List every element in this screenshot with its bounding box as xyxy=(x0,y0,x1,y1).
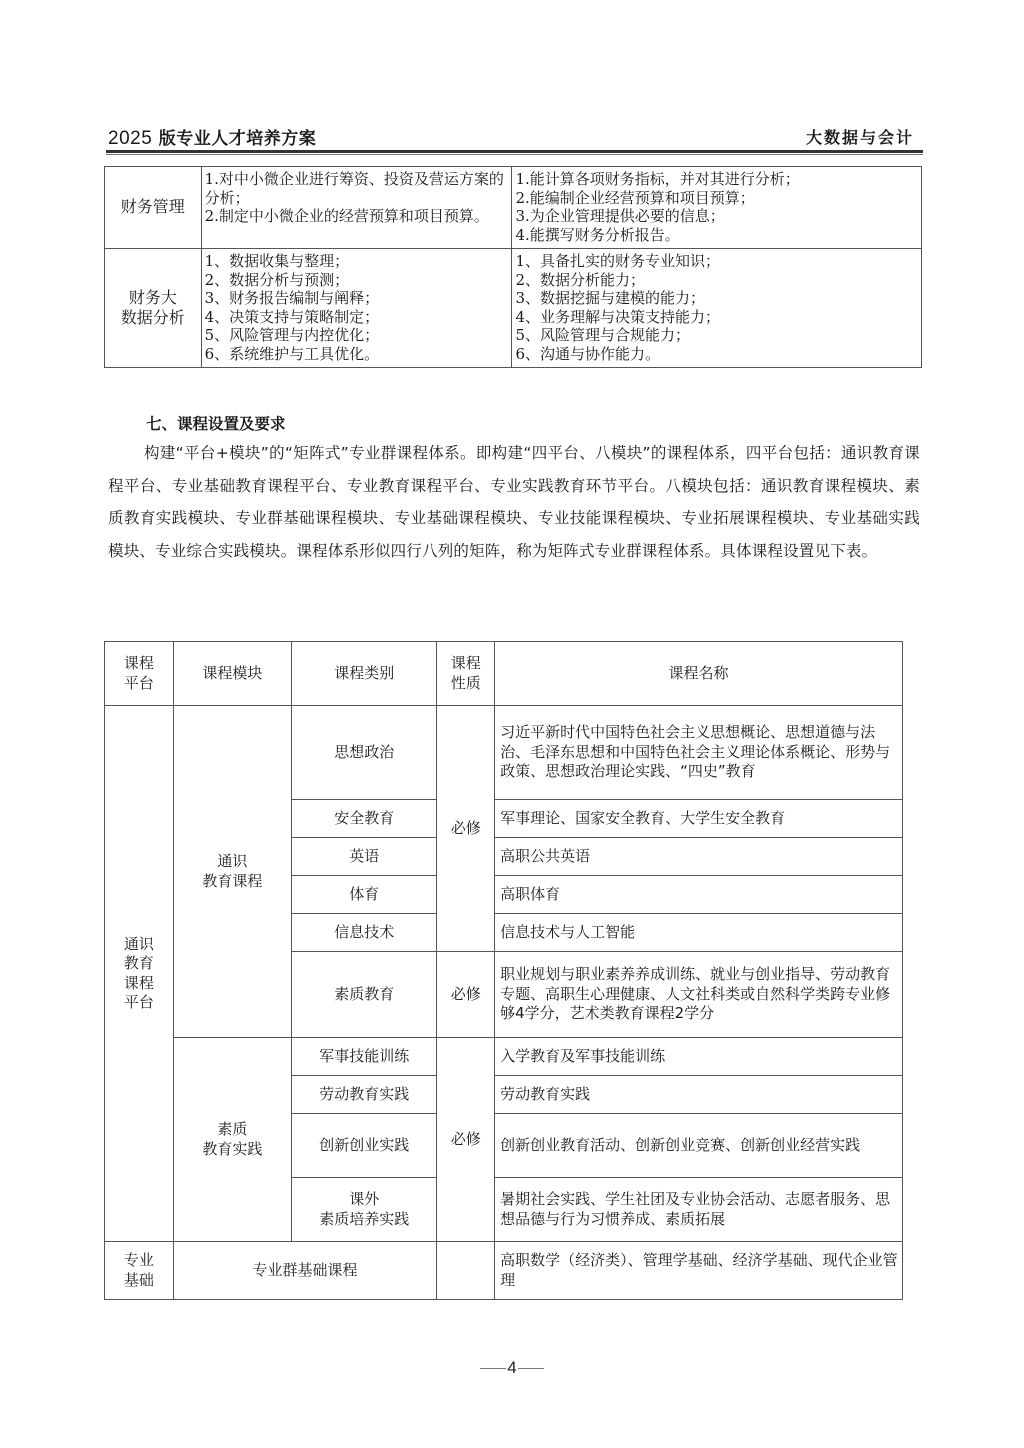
category-cell: 体育 xyxy=(292,876,437,914)
tasks-text: 1、数据收集与整理； 2、数据分析与预测； 3、财务报告编制与阐释； 4、决策支… xyxy=(205,252,509,363)
header-category: 课程类别 xyxy=(292,642,437,706)
course-name-cell: 信息技术与人工智能 xyxy=(495,914,903,952)
cell-line: 教育课程 xyxy=(202,872,262,890)
category-cell: 素质教育 xyxy=(292,952,437,1038)
category-cell: 创新创业实践 xyxy=(292,1114,437,1178)
course-name-cell: 习近平新时代中国特色社会主义思想概论、思想道德与法治、毛泽东思想和中国特色社会主… xyxy=(495,706,903,800)
section-paragraph: 构建“平台+模块”的“矩阵式”专业群课程体系。即构建“四平台、八模块”的课程体系… xyxy=(108,437,920,567)
course-name-cell: 暑期社会实践、学生社团及专业协会活动、志愿者服务、思想品德与行为习惯养成、素质拓… xyxy=(495,1178,903,1242)
course-table: 课程平台 课程模块 课程类别 课程性质 课程名称 通识教育课程平台 通识教育课程… xyxy=(104,641,903,1300)
module-foundation-cell: 专业群基础课程 xyxy=(173,1242,437,1300)
header-rule xyxy=(106,150,923,153)
platform-general-cell: 通识教育课程平台 xyxy=(105,706,174,1242)
cell-line: 素质培养实践 xyxy=(319,1210,409,1228)
table-row: 专业基础 专业群基础课程 高职数学（经济类）、管理学基础、经济学基础、现代企业管… xyxy=(105,1242,903,1300)
header-text: 课程 xyxy=(451,654,481,672)
course-name-cell: 军事理论、国家安全教育、大学生安全教育 xyxy=(495,800,903,838)
cell-line: 通识 xyxy=(217,852,247,870)
section-heading: 七、课程设置及要求 xyxy=(146,412,286,434)
module-general-cell: 通识教育课程 xyxy=(173,706,291,1038)
cell-line: 素质 xyxy=(217,1120,247,1138)
nature-cell: 必修 xyxy=(437,1038,495,1242)
role-line: 数据分析 xyxy=(121,308,185,327)
category-cell: 安全教育 xyxy=(292,800,437,838)
header-left-title: 版专业人才培养方案 xyxy=(159,129,317,149)
role-line: 财务大 xyxy=(129,288,177,307)
page-number-text: 4 xyxy=(507,1358,516,1377)
table-row: 通识教育课程平台 通识教育课程 思想政治 必修 习近平新时代中国特色社会主义思想… xyxy=(105,706,903,800)
role-cell: 财务大数据分析 xyxy=(105,249,202,368)
cell-line: 基础 xyxy=(124,1271,154,1289)
cell-line: 课程 xyxy=(124,974,154,992)
cell-line: 专业 xyxy=(124,1251,154,1269)
table-header-row: 课程平台 课程模块 课程类别 课程性质 课程名称 xyxy=(105,642,903,706)
header-nature: 课程性质 xyxy=(437,642,495,706)
platform-foundation-cell: 专业基础 xyxy=(105,1242,174,1300)
dash-right xyxy=(518,1368,544,1369)
module-quality-cell: 素质教育实践 xyxy=(173,1038,291,1242)
header-major-title: 大数据与会计 xyxy=(806,125,914,148)
job-role-table: 财务管理 1.对中小微企业进行筹资、投资及营运方案的分析； 2.制定中小微企业的… xyxy=(104,166,922,368)
category-cell: 英语 xyxy=(292,838,437,876)
page-number: 4 xyxy=(0,1358,1024,1378)
header-text: 课程 xyxy=(124,654,154,672)
nature-cell: 必修 xyxy=(437,706,495,952)
cell-line: 教育实践 xyxy=(202,1140,262,1158)
table-row: 素质教育实践 军事技能训练 必修 入学教育及军事技能训练 xyxy=(105,1038,903,1076)
table-row: 财务管理 1.对中小微企业进行筹资、投资及营运方案的分析； 2.制定中小微企业的… xyxy=(105,167,922,249)
abilities-cell: 1、具备扎实的财务专业知识； 2、数据分析能力； 3、数据挖掘与建模的能力； 4… xyxy=(512,249,922,368)
header-program-title: 2025 版专业人才培养方案 xyxy=(108,124,316,150)
course-name-cell: 劳动教育实践 xyxy=(495,1076,903,1114)
tasks-cell: 1.对中小微企业进行筹资、投资及营运方案的分析； 2.制定中小微企业的经营预算和… xyxy=(201,167,512,249)
header-platform: 课程平台 xyxy=(105,642,174,706)
category-cell: 军事技能训练 xyxy=(292,1038,437,1076)
category-cell: 劳动教育实践 xyxy=(292,1076,437,1114)
abilities-text: 1、具备扎实的财务专业知识； 2、数据分析能力； 3、数据挖掘与建模的能力； 4… xyxy=(515,252,918,363)
header-year: 2025 xyxy=(108,128,152,149)
nature-cell: 必修 xyxy=(437,952,495,1038)
course-name-cell: 入学教育及军事技能训练 xyxy=(495,1038,903,1076)
cell-line: 通识 xyxy=(124,935,154,953)
page-header: 2025 版专业人才培养方案 大数据与会计 xyxy=(108,124,920,150)
header-course-name: 课程名称 xyxy=(495,642,903,706)
tasks-text: 1.对中小微企业进行筹资、投资及营运方案的分析； 2.制定中小微企业的经营预算和… xyxy=(205,170,509,226)
course-name-cell: 高职体育 xyxy=(495,876,903,914)
category-cell: 信息技术 xyxy=(292,914,437,952)
header-module: 课程模块 xyxy=(173,642,291,706)
course-name-cell: 职业规划与职业素养养成训练、就业与创业指导、劳动教育专题、高职生心理健康、人文社… xyxy=(495,952,903,1038)
header-text: 性质 xyxy=(451,674,481,692)
cell-line: 教育 xyxy=(124,954,154,972)
abilities-cell: 1.能计算各项财务指标，并对其进行分析； 2.能编制企业经营预算和项目预算； 3… xyxy=(512,167,922,249)
category-cell: 思想政治 xyxy=(292,706,437,800)
course-name-cell: 高职公共英语 xyxy=(495,838,903,876)
cell-line: 课外 xyxy=(349,1190,379,1208)
role-cell: 财务管理 xyxy=(105,167,202,249)
course-name-cell: 创新创业教育活动、创新创业竞赛、创新创业经营实践 xyxy=(495,1114,903,1178)
cell-line: 平台 xyxy=(124,993,154,1011)
tasks-cell: 1、数据收集与整理； 2、数据分析与预测； 3、财务报告编制与阐释； 4、决策支… xyxy=(201,249,512,368)
dash-left xyxy=(480,1368,506,1369)
header-text: 平台 xyxy=(124,674,154,692)
table-row: 财务大数据分析 1、数据收集与整理； 2、数据分析与预测； 3、财务报告编制与阐… xyxy=(105,249,922,368)
category-cell: 课外素质培养实践 xyxy=(292,1178,437,1242)
abilities-text: 1.能计算各项财务指标，并对其进行分析； 2.能编制企业经营预算和项目预算； 3… xyxy=(515,170,918,244)
nature-cell xyxy=(437,1242,495,1300)
course-name-cell: 高职数学（经济类）、管理学基础、经济学基础、现代企业管理 xyxy=(495,1242,903,1300)
header-rule-thin xyxy=(106,154,923,155)
